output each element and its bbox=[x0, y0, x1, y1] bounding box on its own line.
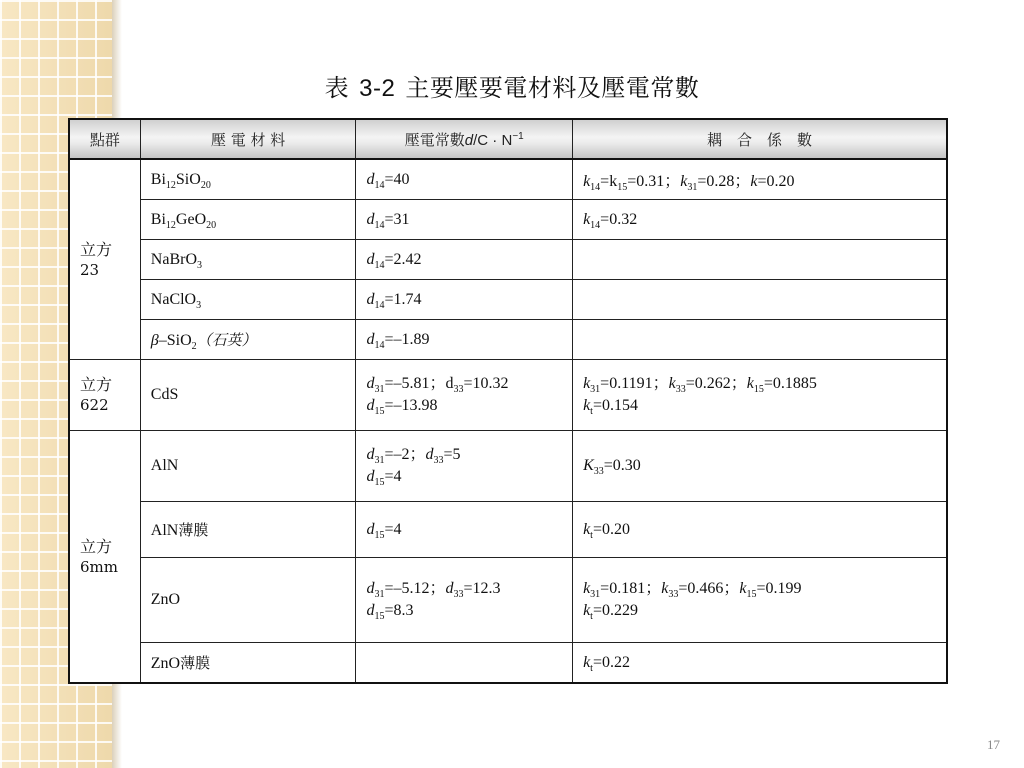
material-suffix: 薄膜 bbox=[178, 521, 208, 539]
d-line-1: d31=–5.81；d33=10.32 bbox=[366, 373, 562, 395]
group-number: 23 bbox=[80, 260, 130, 280]
material-text: NaBrO bbox=[151, 251, 197, 268]
value: =12.3 bbox=[463, 580, 500, 597]
coupling-cell: kt=0.22 bbox=[573, 643, 947, 684]
k-line-2: kt=0.229 bbox=[583, 600, 936, 622]
d-line-2: d15=8.3 bbox=[366, 600, 562, 622]
value: =4 bbox=[384, 468, 401, 485]
value: =–5.81； bbox=[384, 375, 445, 392]
subscript: 31 bbox=[590, 589, 600, 600]
k-line-1: k31=0.181；k33=0.466；k15=0.199 bbox=[583, 578, 936, 600]
material-text: NaClO bbox=[151, 291, 196, 308]
header-constant-symbol: d bbox=[465, 132, 473, 149]
header-piezo-constant: 壓電常數d/C · N−1 bbox=[356, 119, 573, 159]
material-text: Bi bbox=[151, 171, 166, 188]
subscript: 31 bbox=[590, 384, 600, 395]
subscript: 15 bbox=[374, 406, 384, 417]
subscript: 31 bbox=[374, 589, 384, 600]
header-point-group: 點群 bbox=[69, 119, 140, 159]
material-cell: NaClO3 bbox=[140, 280, 356, 320]
table-row: β–SiO2（石英） d14=–1.89 bbox=[69, 320, 947, 360]
subscript: 15 bbox=[746, 589, 756, 600]
value: =0.181； bbox=[600, 580, 661, 597]
title-text: 主要壓要電材料及壓電常數 bbox=[405, 74, 699, 102]
value: =0.20 bbox=[593, 521, 630, 538]
d-constant-cell: d14=–1.89 bbox=[356, 320, 573, 360]
header-coupling: 耦 合 係 數 bbox=[573, 119, 947, 159]
d-constant-cell: d31=–2；d33=5 d15=4 bbox=[356, 431, 573, 502]
material-cell: AlN薄膜 bbox=[140, 502, 356, 558]
value: =8.3 bbox=[384, 602, 413, 619]
value: =0.1885 bbox=[764, 375, 817, 392]
coupling-cell: k14=0.32 bbox=[573, 200, 947, 240]
subscript: 20 bbox=[201, 180, 211, 191]
table-row: 立方 622 CdS d31=–5.81；d33=10.32 d15=–13.9… bbox=[69, 360, 947, 431]
header-constant-unit: /C · N bbox=[473, 132, 512, 149]
material-text: SiO bbox=[176, 171, 201, 188]
d-line-1: d31=–2；d33=5 bbox=[366, 444, 562, 466]
value: =0.30 bbox=[604, 457, 641, 474]
value: =0.229 bbox=[593, 602, 638, 619]
subscript: 33 bbox=[453, 384, 463, 395]
material-cell: β–SiO2（石英） bbox=[140, 320, 356, 360]
subscript: 15 bbox=[374, 477, 384, 488]
coupling-cell bbox=[573, 240, 947, 280]
value: =0.32 bbox=[600, 211, 637, 228]
d-line-2: d15=4 bbox=[366, 466, 562, 488]
point-group-cubic-23: 立方 23 bbox=[69, 159, 140, 360]
subscript: 3 bbox=[197, 260, 202, 271]
subscript: 12 bbox=[166, 180, 176, 191]
material-cell: Bi12GeO20 bbox=[140, 200, 356, 240]
subscript: 33 bbox=[453, 589, 463, 600]
value: =0.28； bbox=[697, 173, 750, 190]
d-constant-cell: d14=1.74 bbox=[356, 280, 573, 320]
material-text: –SiO bbox=[159, 332, 192, 349]
point-group-cubic-622: 立方 622 bbox=[69, 360, 140, 431]
d-constant-cell: d31=–5.81；d33=10.32 d15=–13.98 bbox=[356, 360, 573, 431]
table-row: ZnO薄膜 kt=0.22 bbox=[69, 643, 947, 684]
subscript: 14 bbox=[374, 180, 384, 191]
material-text: Bi bbox=[151, 211, 166, 228]
symbol: k bbox=[669, 375, 676, 392]
table-row: AlN薄膜 d15=4 kt=0.20 bbox=[69, 502, 947, 558]
d-constant-cell: d14=40 bbox=[356, 159, 573, 200]
title-prefix: 表 bbox=[325, 74, 350, 102]
d-constant-cell: d15=4 bbox=[356, 502, 573, 558]
value: =40 bbox=[384, 171, 409, 188]
material-suffix: 薄膜 bbox=[180, 654, 210, 672]
coupling-cell: k31=0.181；k33=0.466；k15=0.199 kt=0.229 bbox=[573, 558, 947, 643]
value: =2.42 bbox=[384, 251, 421, 268]
piezo-materials-table: 點群 壓 電 材 料 壓電常數d/C · N−1 耦 合 係 數 立方 23 B… bbox=[68, 118, 948, 684]
d-line-2: d15=–13.98 bbox=[366, 395, 562, 417]
group-label: 立方 bbox=[80, 537, 130, 557]
d-constant-cell: d14=31 bbox=[356, 200, 573, 240]
value: =1.74 bbox=[384, 291, 421, 308]
value: =–5.12； bbox=[384, 580, 445, 597]
group-number: 6mm bbox=[80, 557, 130, 577]
coupling-cell bbox=[573, 320, 947, 360]
coupling-cell: k14=k15=0.31；k31=0.28；k=0.20 bbox=[573, 159, 947, 200]
value: =–2； bbox=[384, 446, 425, 463]
page-number: 17 bbox=[987, 737, 1000, 753]
material-cell: Bi12SiO20 bbox=[140, 159, 356, 200]
subscript: 14 bbox=[374, 220, 384, 231]
group-label: 立方 bbox=[80, 240, 130, 260]
value: =0.22 bbox=[593, 654, 630, 671]
table-row: Bi12GeO20 d14=31 k14=0.32 bbox=[69, 200, 947, 240]
d-line-1: d31=–5.12；d33=12.3 bbox=[366, 578, 562, 600]
value: =4 bbox=[384, 521, 401, 538]
subscript: 20 bbox=[206, 220, 216, 231]
value: =–1.89 bbox=[384, 331, 429, 348]
coupling-cell bbox=[573, 280, 947, 320]
subscript: 14 bbox=[590, 220, 600, 231]
symbol: K bbox=[583, 457, 594, 474]
material-cell: CdS bbox=[140, 360, 356, 431]
value: =0.466； bbox=[678, 580, 739, 597]
subscript: 33 bbox=[676, 384, 686, 395]
header-constant-prefix: 壓電常數 bbox=[405, 131, 465, 149]
symbol: k bbox=[747, 375, 754, 392]
material-text: AlN bbox=[151, 522, 179, 539]
subscript: 15 bbox=[374, 611, 384, 622]
subscript: 33 bbox=[668, 589, 678, 600]
subscript: 14 bbox=[374, 300, 384, 311]
value: =0.1191； bbox=[600, 375, 668, 392]
subscript: 33 bbox=[594, 466, 604, 477]
subscript: 14 bbox=[374, 260, 384, 271]
subscript: 15 bbox=[617, 182, 627, 193]
coupling-cell: k31=0.1191；k33=0.262；k15=0.1885 kt=0.154 bbox=[573, 360, 947, 431]
title-number: 3-2 bbox=[359, 75, 395, 102]
table-row: 立方 6mm AlN d31=–2；d33=5 d15=4 K33=0.30 bbox=[69, 431, 947, 502]
d-constant-cell bbox=[356, 643, 573, 684]
material-cell: NaBrO3 bbox=[140, 240, 356, 280]
header-material: 壓 電 材 料 bbox=[140, 119, 356, 159]
value: =–13.98 bbox=[384, 397, 437, 414]
value: =0.31； bbox=[627, 173, 680, 190]
subscript: 15 bbox=[374, 530, 384, 541]
material-cell: ZnO bbox=[140, 558, 356, 643]
group-number: 622 bbox=[80, 395, 130, 415]
subscript: 31 bbox=[374, 384, 384, 395]
value: =0.199 bbox=[756, 580, 801, 597]
subscript: 31 bbox=[374, 455, 384, 466]
subscript: 15 bbox=[754, 384, 764, 395]
coupling-cell: K33=0.30 bbox=[573, 431, 947, 502]
material-text: ZnO bbox=[151, 655, 180, 672]
subscript: 31 bbox=[687, 182, 697, 193]
value: =k bbox=[600, 173, 617, 190]
k-line-1: k31=0.1191；k33=0.262；k15=0.1885 bbox=[583, 373, 936, 395]
greek-symbol: β bbox=[151, 332, 159, 349]
subscript: 14 bbox=[590, 182, 600, 193]
table-row: 立方 23 Bi12SiO20 d14=40 k14=k15=0.31；k31=… bbox=[69, 159, 947, 200]
table-header-row: 點群 壓 電 材 料 壓電常數d/C · N−1 耦 合 係 數 bbox=[69, 119, 947, 159]
slide-title: 表3-2主要壓要電材料及壓電常數 bbox=[0, 68, 1024, 103]
coupling-cell: kt=0.20 bbox=[573, 502, 947, 558]
subscript: 33 bbox=[433, 455, 443, 466]
subscript: 14 bbox=[374, 340, 384, 351]
header-constant-exp: −1 bbox=[512, 131, 523, 142]
point-group-cubic-6mm: 立方 6mm bbox=[69, 431, 140, 684]
value: =0.154 bbox=[593, 397, 638, 414]
d-constant-cell: d31=–5.12；d33=12.3 d15=8.3 bbox=[356, 558, 573, 643]
material-cell: AlN bbox=[140, 431, 356, 502]
k-line-2: kt=0.154 bbox=[583, 395, 936, 417]
value: =10.32 bbox=[463, 375, 508, 392]
table-row: ZnO d31=–5.12；d33=12.3 d15=8.3 k31=0.181… bbox=[69, 558, 947, 643]
material-text: GeO bbox=[176, 211, 206, 228]
subscript: 3 bbox=[196, 300, 201, 311]
subscript: 12 bbox=[166, 220, 176, 231]
value: =0.262； bbox=[686, 375, 747, 392]
material-cell: ZnO薄膜 bbox=[140, 643, 356, 684]
material-note: （石英） bbox=[197, 331, 257, 349]
group-label: 立方 bbox=[80, 375, 130, 395]
value: =0.20 bbox=[757, 173, 794, 190]
table-row: NaBrO3 d14=2.42 bbox=[69, 240, 947, 280]
table-row: NaClO3 d14=1.74 bbox=[69, 280, 947, 320]
value: =5 bbox=[443, 446, 460, 463]
value: =31 bbox=[384, 211, 409, 228]
d-constant-cell: d14=2.42 bbox=[356, 240, 573, 280]
